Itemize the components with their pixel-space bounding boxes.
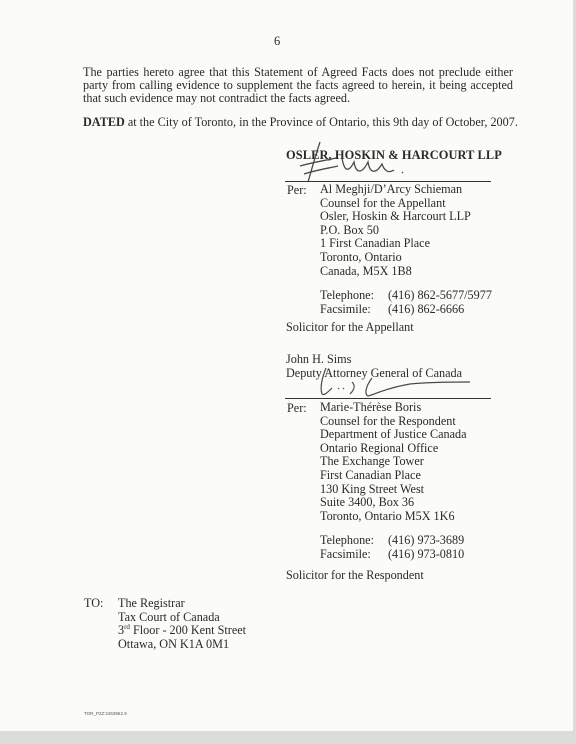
respondent-telephone-row: Telephone: (416) 973-3689 [320, 534, 467, 548]
appellant-counsel-names: Al Meghji/D’Arcy Schieman [320, 183, 492, 197]
facsimile-label: Facsimile: [320, 548, 388, 562]
respondent-office: Ontario Regional Office [320, 442, 467, 456]
respondent-facsimile-row: Facsimile: (416) 973-0810 [320, 548, 467, 562]
respondent-name: John H. Sims [286, 353, 351, 367]
to-label: TO: [84, 597, 103, 611]
to-address-block: The Registrar Tax Court of Canada 3rd Fl… [118, 597, 246, 651]
appellant-counsel-role: Counsel for the Appellant [320, 197, 492, 211]
to-registrar: The Registrar [118, 597, 246, 611]
appellant-city: Toronto, Ontario [320, 251, 492, 265]
respondent-suite: Suite 3400, Box 36 [320, 496, 467, 510]
appellant-firm-line: Osler, Hoskin & Harcourt LLP [320, 210, 492, 224]
dated-line: DATED at the City of Toronto, in the Pro… [83, 115, 518, 130]
respondent-building: The Exchange Tower [320, 455, 467, 469]
appellant-telephone: (416) 862-5677/5977 [388, 289, 492, 303]
respondent-solicitor-label: Solicitor for the Respondent [286, 569, 424, 583]
appellant-address-block: Al Meghji/D’Arcy Schieman Counsel for th… [320, 183, 492, 316]
appellant-street: 1 First Canadian Place [320, 237, 492, 251]
respondent-signature-line [285, 398, 491, 399]
telephone-label: Telephone: [320, 534, 388, 548]
respondent-address-block: Marie-Thérèse Boris Counsel for the Resp… [320, 401, 467, 562]
appellant-facsimile-row: Facsimile: (416) 862-6666 [320, 303, 492, 317]
appellant-solicitor-label: Solicitor for the Appellant [286, 321, 414, 335]
respondent-street: 130 King Street West [320, 483, 467, 497]
respondent-facsimile: (416) 973-0810 [388, 548, 464, 562]
facsimile-label: Facsimile: [320, 303, 388, 317]
appellant-telephone-row: Telephone: (416) 862-5677/5977 [320, 289, 492, 303]
appellant-po-box: P.O. Box 50 [320, 224, 492, 238]
respondent-counsel-role: Counsel for the Respondent [320, 415, 467, 429]
respondent-counsel-name: Marie-Thérèse Boris [320, 401, 467, 415]
respondent-department: Department of Justice Canada [320, 428, 467, 442]
agreement-paragraph: The parties hereto agree that this State… [83, 66, 513, 106]
respondent-telephone: (416) 973-3689 [388, 534, 464, 548]
telephone-label: Telephone: [320, 289, 388, 303]
respondent-place: First Canadian Place [320, 469, 467, 483]
respondent-city: Toronto, Ontario M5X 1K6 [320, 510, 467, 524]
to-street: 3rd Floor - 200 Kent Street [118, 624, 246, 638]
document-page: 6 The parties hereto agree that this Sta… [0, 0, 573, 731]
page-number: 6 [274, 34, 280, 49]
respondent-signature [310, 366, 490, 400]
respondent-per-label: Per: [287, 401, 307, 416]
document-reference-code: TOR_P2Z:2453962.9 [84, 711, 127, 716]
dated-text: at the City of Toronto, in the Province … [125, 115, 518, 129]
to-city: Ottawa, ON K1A 0M1 [118, 638, 246, 652]
appellant-per-label: Per: [287, 183, 307, 198]
appellant-postal: Canada, M5X 1B8 [320, 265, 492, 279]
dated-bold: DATED [83, 115, 125, 129]
appellant-facsimile: (416) 862-6666 [388, 303, 464, 317]
